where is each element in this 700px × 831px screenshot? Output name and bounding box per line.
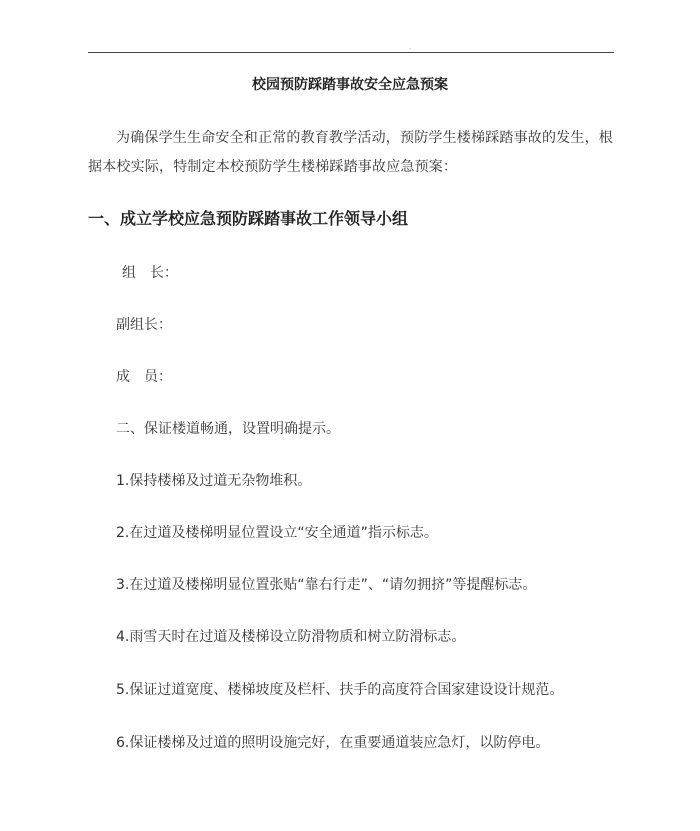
role-deputy-leader: 副组长：	[116, 314, 172, 334]
intro-paragraph: 为确保学生生命安全和正常的教育教学活动，预防学生楼梯踩踏事故的发生，根据本校实际…	[88, 124, 616, 182]
document-title: 校园预防踩踏事故安全应急预案	[0, 74, 700, 94]
header-mark: .	[409, 44, 411, 51]
list-item: 5.保证过道宽度、楼梯坡度及栏杆、扶手的高度符合国家建设设计规范。	[116, 679, 563, 699]
list-item: 2.在过道及楼梯明显位置设立“安全通道”指示标志。	[116, 522, 438, 542]
list-item: 4.雨雪天时在过道及楼梯设立防滑物质和树立防滑标志。	[116, 626, 465, 646]
section-2-heading: 二、保证楼道畅通，设置明确提示。	[116, 418, 340, 438]
role-members: 成 员：	[116, 366, 172, 386]
list-item: 6.保证楼梯及过道的照明设施完好，在重要通道装应急灯，以防停电。	[116, 732, 549, 752]
page-header-rule	[88, 52, 614, 53]
list-item: 3.在过道及楼梯明显位置张贴“靠右行走”、“请勿拥挤”等提醒标志。	[116, 574, 536, 594]
section-1-heading: 一、成立学校应急预防踩踏事故工作领导小组	[88, 206, 408, 229]
role-leader: 组 长：	[122, 262, 178, 282]
list-item: 1.保持楼梯及过道无杂物堆积。	[116, 470, 311, 490]
